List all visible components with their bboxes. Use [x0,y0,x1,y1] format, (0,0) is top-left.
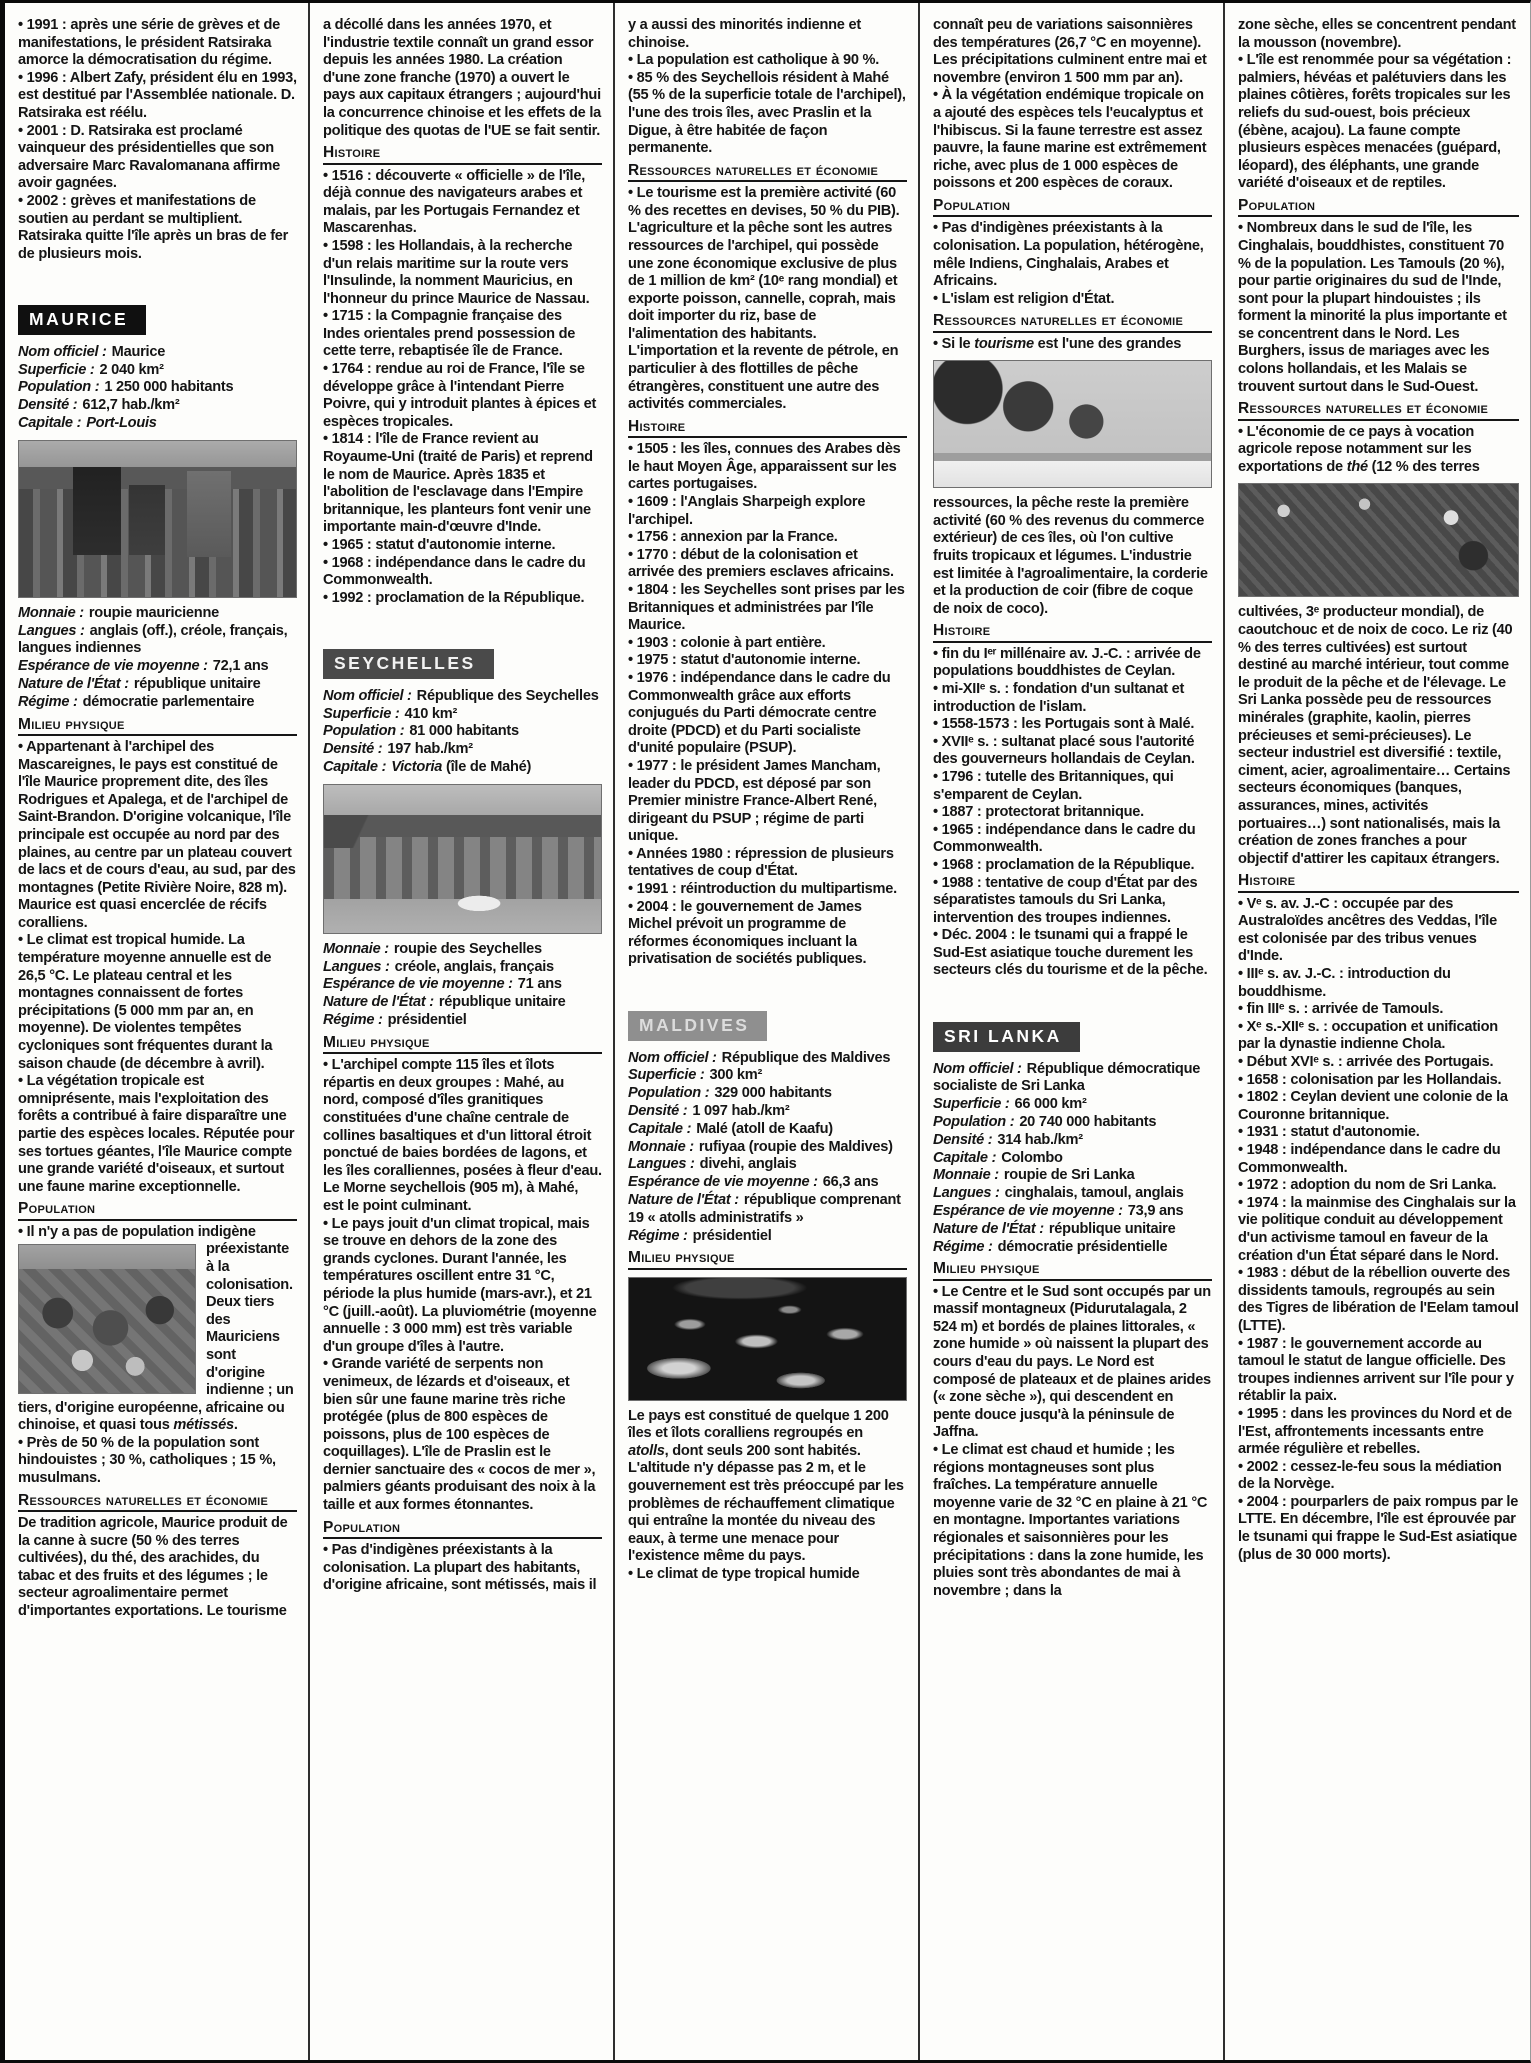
country-header-sri-lanka: SRI LANKA [933,1022,1080,1052]
paragraph: • 1991 : après une série de grèves et de… [18,17,297,70]
fact-label: Régime : [323,1012,388,1028]
column-5: zone sèche, elles se concentrent pendant… [1225,3,1530,2060]
paragraph: • 1931 : statut d'autonomie. [1238,1124,1519,1142]
fact-value: 81 000 habitants [409,723,519,739]
fact-label: Densité : [628,1103,692,1119]
fact-label: Capitale : [18,415,86,431]
paragraph: • mi-XIIᵉ s. : fondation d'un sultanat e… [933,681,1212,716]
paragraph: • 1987 : le gouvernement accorde au tamo… [1238,1336,1519,1406]
fact-row: Superficie :410 km² [323,706,602,724]
paragraph: • 1598 : les Hollandais, à la recherche … [323,238,602,308]
fact-row: Langues :créole, anglais, français [323,959,602,977]
column-1: • 1991 : après une série de grèves et de… [5,3,310,2060]
fact-value: 1 097 hab./km² [692,1103,789,1119]
paragraph: • 1992 : proclamation de la République. [323,590,602,608]
fact-value: Colombo [1001,1150,1062,1166]
fact-row: Espérance de vie moyenne :66,3 ans [628,1174,907,1192]
paragraph: • 1814 : l'île de France revient au Roya… [323,431,602,537]
fact-label: Nature de l'État : [18,676,134,692]
fact-row: Capitale :Victoria (île de Mahé) [323,759,602,777]
fact-row: Capitale :Colombo [933,1150,1212,1168]
fact-value: 300 km² [709,1067,762,1083]
paragraph: • 2002 : cessez-le-feu sous la médiation… [1238,1459,1519,1494]
section-heading: Population [1238,196,1519,217]
fact-value: Malé (atoll de Kaafu) [696,1121,833,1137]
paragraph: • 1802 : Ceylan devient une colonie de l… [1238,1089,1519,1124]
fact-label: Régime : [933,1239,998,1255]
fact-value: république unitaire [1049,1221,1176,1237]
fact-row: Régime :démocratie présidentielle [933,1239,1212,1257]
fact-value: République des Maldives [722,1050,891,1066]
section-heading: Milieu physique [628,1248,907,1269]
paragraph: • 1903 : colonie à part entière. [628,635,907,653]
paragraph: • Le pays jouit d'un climat tropical, ma… [323,1216,602,1357]
paragraph: • La population est catholique à 90 %. [628,52,907,70]
paragraph: • Pas d'indigènes préexistants à la colo… [323,1542,602,1595]
paragraph: • Nombreux dans le sud de l'île, les Cin… [1238,220,1519,396]
fact-label: Capitale : [628,1121,696,1137]
fact-value: roupie des Seychelles [394,941,542,957]
paragraph: a décollé dans les années 1970, et l'ind… [323,17,602,140]
section-heading: Ressources naturelles et économie [1238,399,1519,420]
paragraph: • L'islam est religion d'État. [933,291,1212,309]
fact-value: démocratie parlementaire [83,694,255,710]
fact-row: Population :20 740 000 habitants [933,1114,1212,1132]
fact-row: Capitale :Malé (atoll de Kaafu) [628,1121,907,1139]
fact-label: Capitale : [323,759,391,775]
fact-label: Espérance de vie moyenne : [933,1203,1128,1219]
fact-label: Langues : [323,959,395,975]
fact-label: Densité : [323,741,387,757]
fact-label: Nom officiel : [628,1050,722,1066]
fact-row: Population :81 000 habitants [323,723,602,741]
section-heading: Ressources naturelles et économie [18,1491,297,1512]
paragraph: • 1983 : début de la rébellion ouverte d… [1238,1265,1519,1335]
fact-value: république unitaire [134,676,261,692]
paragraph: • Le tourisme est la première activité (… [628,185,907,414]
paragraph: • Déc. 2004 : le tsunami qui a frappé le… [933,927,1212,980]
fact-label: Régime : [18,694,83,710]
fact-row: Nom officiel :Maurice [18,344,297,362]
paragraph: • Le Centre et le Sud sont occupés par u… [933,1284,1212,1442]
fact-row: Nom officiel :République démocratique so… [933,1061,1212,1097]
paragraph: • 2004 : pourparlers de paix rompus par … [1238,1494,1519,1564]
paragraph: • fin IIIᵉ s. : arrivée de Tamouls. [1238,1001,1519,1019]
fact-row: Régime :présidentiel [628,1228,907,1246]
fact-row: Capitale :Port-Louis [18,415,297,433]
fact-row: Nature de l'État :république unitaire [18,676,297,694]
paragraph: • 85 % des Seychellois résident à Mahé (… [628,70,907,158]
fact-label: Nom officiel : [18,344,112,360]
paragraph: • 1972 : adoption du nom de Sri Lanka. [1238,1177,1519,1195]
paragraph: • 1505 : les îles, connues des Arabes dè… [628,441,907,494]
section-heading: Milieu physique [323,1033,602,1054]
fact-value: divehi, anglais [700,1156,797,1172]
column-4: connaît peu de variations saisonnières d… [920,3,1225,2060]
paragraph: • Appartenant à l'archipel des Mascareig… [18,739,297,933]
fact-value: 612,7 hab./km² [82,397,179,413]
photo-crowd [18,1244,196,1394]
paragraph: • 2002 : grèves et manifestations de sou… [18,193,297,263]
fact-row: Nom officiel :République des Seychelles [323,688,602,706]
paragraph: • 1965 : statut d'autonomie interne. [323,537,602,555]
fact-label: Langues : [933,1185,1005,1201]
section-heading: Population [933,196,1212,217]
fact-value: 1 250 000 habitants [104,379,233,395]
fact-label: Régime : [628,1228,693,1244]
paragraph: Le pays est constitué de quelque 1 200 î… [628,1408,907,1566]
fact-label: Densité : [933,1132,997,1148]
paragraph: • 2001 : D. Ratsiraka est proclamé vainq… [18,123,297,193]
paragraph: • 1988 : tentative de coup d'État par de… [933,875,1212,928]
fact-row: Population :1 250 000 habitants [18,379,297,397]
photo-beach [933,360,1212,488]
emphasized-term: tourisme [974,336,1034,352]
paragraph: • 1887 : protectorat britannique. [933,804,1212,822]
fact-value: 2 040 km² [99,362,163,378]
paragraph: • 1974 : la mainmise des Cinghalais sur … [1238,1195,1519,1265]
paragraph: ressources, la pêche reste la première a… [933,495,1212,618]
paragraph: • 1658 : colonisation par les Hollandais… [1238,1072,1519,1090]
fact-row: Densité :1 097 hab./km² [628,1103,907,1121]
paragraph: • 1996 : Albert Zafy, président élu en 1… [18,70,297,123]
section-heading: Histoire [628,417,907,438]
paragraph: De tradition agricole, Maurice produit d… [18,1515,297,1621]
fact-row: Superficie :66 000 km² [933,1096,1212,1114]
fact-value: 329 000 habitants [714,1085,831,1101]
fact-row: Espérance de vie moyenne :73,9 ans [933,1203,1212,1221]
fact-value: 72,1 ans [213,658,269,674]
paragraph: • 1968 : proclamation de la République. [933,857,1212,875]
fact-value: 314 hab./km² [997,1132,1082,1148]
paragraph: • Années 1980 : répression de plusieurs … [628,846,907,881]
fact-value: 410 km² [404,706,457,722]
fact-label: Monnaie : [628,1139,699,1155]
fact-label: Population : [933,1114,1019,1130]
paragraph: zone sèche, elles se concentrent pendant… [1238,17,1519,52]
paragraph: • 1948 : indépendance dans le cadre du C… [1238,1142,1519,1177]
fact-value: cinghalais, tamoul, anglais [1005,1185,1184,1201]
fact-label: Nature de l'État : [933,1221,1049,1237]
paragraph: • 1976 : indépendance dans le cadre du C… [628,670,907,758]
fact-row: Régime :démocratie parlementaire [18,694,297,712]
paragraph: • 2004 : le gouvernement de James Michel… [628,899,907,969]
emphasized-term: métissés [173,1417,233,1433]
section-heading: Histoire [323,143,602,164]
fact-row: Nature de l'État :république comprenant … [628,1192,907,1228]
fact-label: Superficie : [323,706,404,722]
paragraph: y a aussi des minorités indienne et chin… [628,17,907,52]
encyclopedia-page: • 1991 : après une série de grèves et de… [0,0,1531,2063]
fact-row: Nature de l'État :république unitaire [933,1221,1212,1239]
fact-label: Superficie : [933,1096,1014,1112]
paragraph: • 1558-1573 : les Portugais sont à Malé. [933,716,1212,734]
fact-label: Langues : [628,1156,700,1172]
fact-row: Densité :612,7 hab./km² [18,397,297,415]
fact-label: Espérance de vie moyenne : [628,1174,823,1190]
paragraph: • 1975 : statut d'autonomie interne. [628,652,907,670]
emphasized-term: Port-Louis [86,415,156,431]
paragraph: • 1968 : indépendance dans le cadre du C… [323,555,602,590]
paragraph: • IIIᵉ s. av. J.-C. : introduction du bo… [1238,966,1519,1001]
fact-value: république unitaire [439,994,566,1010]
fact-label: Espérance de vie moyenne : [323,976,518,992]
paragraph: • fin du Iᵉʳ millénaire av. J.-C. : arri… [933,646,1212,681]
fact-label: Monnaie : [18,605,89,621]
fact-value: Maurice [112,344,165,360]
section-heading: Ressources naturelles et économie [933,311,1212,332]
paragraph: • XVIIᵉ s. : sultanat placé sous l'autor… [933,734,1212,769]
fact-value: présidentiel [388,1012,467,1028]
fact-row: Monnaie :roupie des Seychelles [323,941,602,959]
country-header-maurice: MAURICE [18,305,146,335]
paragraph: • L'économie de ce pays à vocation agric… [1238,424,1519,477]
column-2: a décollé dans les années 1970, et l'ind… [310,3,615,2060]
paragraph: • 1609 : l'Anglais Sharpeigh explore l'a… [628,494,907,529]
fact-row: Densité :314 hab./km² [933,1132,1212,1150]
fact-value: Port-Louis [86,415,156,431]
fact-row: Monnaie :rufiyaa (roupie des Maldives) [628,1139,907,1157]
fact-label: Population : [628,1085,714,1101]
paragraph: • Près de 50 % de la population sont hin… [18,1435,297,1488]
fact-label: Nature de l'État : [323,994,439,1010]
paragraph: • La végétation tropicale est omniprésen… [18,1073,297,1196]
section-heading: Histoire [1238,871,1519,892]
fact-row: Espérance de vie moyenne :71 ans [323,976,602,994]
paragraph: • 1764 : rendue au roi de France, l'île … [323,361,602,431]
emphasized-term: thé [1347,459,1368,475]
paragraph: • Vᵉ s. av. J.-C : occupée par des Austr… [1238,896,1519,966]
fact-label: Langues : [18,623,90,639]
fact-row: Densité :197 hab./km² [323,741,602,759]
emphasized-term: Victoria [391,759,442,775]
fact-row: Population :329 000 habitants [628,1085,907,1103]
fact-label: Population : [323,723,409,739]
fact-label: Monnaie : [933,1167,1004,1183]
paragraph: • 1977 : le président James Mancham, lea… [628,758,907,846]
fact-value: roupie mauricienne [89,605,219,621]
country-header-seychelles: SEYCHELLES [323,649,494,679]
fact-row: Superficie :300 km² [628,1067,907,1085]
fact-value: 73,9 ans [1128,1203,1184,1219]
fact-value: créole, anglais, français [395,959,554,975]
fact-value: roupie de Sri Lanka [1004,1167,1135,1183]
fact-row: Nature de l'État :république unitaire [323,994,602,1012]
fact-label: Population : [18,379,104,395]
paragraph: • 1756 : annexion par la France. [628,529,907,547]
paragraph: • L'île est renommée pour sa végétation … [1238,52,1519,193]
fact-value: 66 000 km² [1014,1096,1086,1112]
paragraph: • 1991 : réintroduction du multipartisme… [628,881,907,899]
fact-row: Superficie :2 040 km² [18,362,297,380]
paragraph: • Pas d'indigènes préexistants à la colo… [933,220,1212,290]
fact-value: 66,3 ans [823,1174,879,1190]
photo-city [18,440,297,598]
paragraph: • À la végétation endémique tropicale on… [933,87,1212,193]
paragraph: • 1965 : indépendance dans le cadre du C… [933,822,1212,857]
fact-row: Monnaie :roupie de Sri Lanka [933,1167,1212,1185]
fact-row: Espérance de vie moyenne :72,1 ans [18,658,297,676]
fact-value: 20 740 000 habitants [1019,1114,1156,1130]
paragraph: cultivées, 3ᵉ producteur mondial), de ca… [1238,604,1519,868]
paragraph: • Grande variété de serpents non venimeu… [323,1356,602,1514]
fact-label: Espérance de vie moyenne : [18,658,213,674]
fact-label: Superficie : [628,1067,709,1083]
paragraph: • 1770 : début de la colonisation et arr… [628,547,907,582]
paragraph: • Le climat est tropical humide. La temp… [18,932,297,1073]
fact-value: 197 hab./km² [387,741,472,757]
fact-row: Nom officiel :République des Maldives [628,1050,907,1068]
fact-row: Régime :présidentiel [323,1012,602,1030]
paragraph: • Début XVIᵉ s. : arrivée des Portugais. [1238,1054,1519,1072]
paragraph: • Si le tourisme est l'une des grandes [933,336,1212,354]
fact-row: Langues :cinghalais, tamoul, anglais [933,1185,1212,1203]
fact-label: Densité : [18,397,82,413]
fact-value: démocratie présidentielle [998,1239,1168,1255]
fact-value: Victoria (île de Mahé) [391,759,531,775]
paragraph: • Xᵉ s.-XIIᵉ s. : occupation et unificat… [1238,1019,1519,1054]
fact-label: Nom officiel : [933,1061,1027,1077]
paragraph: • 1796 : tutelle des Britanniques, qui s… [933,769,1212,804]
photo-street [323,784,602,934]
fact-row: Langues :anglais (off.), créole, françai… [18,623,297,659]
country-header-maldives: MALDIVES [628,1011,767,1041]
paragraph-with-photo: • Il n'y a pas de population indigène pr… [18,1224,297,1435]
section-heading: Milieu physique [18,715,297,736]
section-heading: Ressources naturelles et économie [628,161,907,182]
fact-row: Monnaie :roupie mauricienne [18,605,297,623]
paragraph: • Le climat est chaud et humide ; les ré… [933,1442,1212,1600]
fact-label: Capitale : [933,1150,1001,1166]
fact-label: Nature de l'État : [628,1192,744,1208]
paragraph: • 1804 : les Seychelles sont prises par … [628,582,907,635]
paragraph: • 1516 : découverte « officielle » de l'… [323,168,602,238]
fact-label: Monnaie : [323,941,394,957]
fact-value: 71 ans [518,976,562,992]
emphasized-term: atolls [628,1443,665,1459]
fact-value: présidentiel [693,1228,772,1244]
section-heading: Population [18,1199,297,1220]
fact-row: Langues :divehi, anglais [628,1156,907,1174]
photo-tea [1238,483,1519,597]
fact-label: Nom officiel : [323,688,417,704]
column-3: y a aussi des minorités indienne et chin… [615,3,920,2060]
section-heading: Histoire [933,621,1212,642]
paragraph: connaît peu de variations saisonnières d… [933,17,1212,87]
paragraph: • 1995 : dans les provinces du Nord et d… [1238,1406,1519,1459]
paragraph: • 1715 : la Compagnie française des Inde… [323,308,602,361]
fact-label: Superficie : [18,362,99,378]
photo-atolls [628,1277,907,1401]
fact-value: République des Seychelles [417,688,599,704]
paragraph: • Le climat de type tropical humide [628,1566,907,1584]
section-heading: Population [323,1518,602,1539]
fact-value: rufiyaa (roupie des Maldives) [699,1139,893,1155]
section-heading: Milieu physique [933,1259,1212,1280]
paragraph: • L'archipel compte 115 îles et îlots ré… [323,1057,602,1215]
